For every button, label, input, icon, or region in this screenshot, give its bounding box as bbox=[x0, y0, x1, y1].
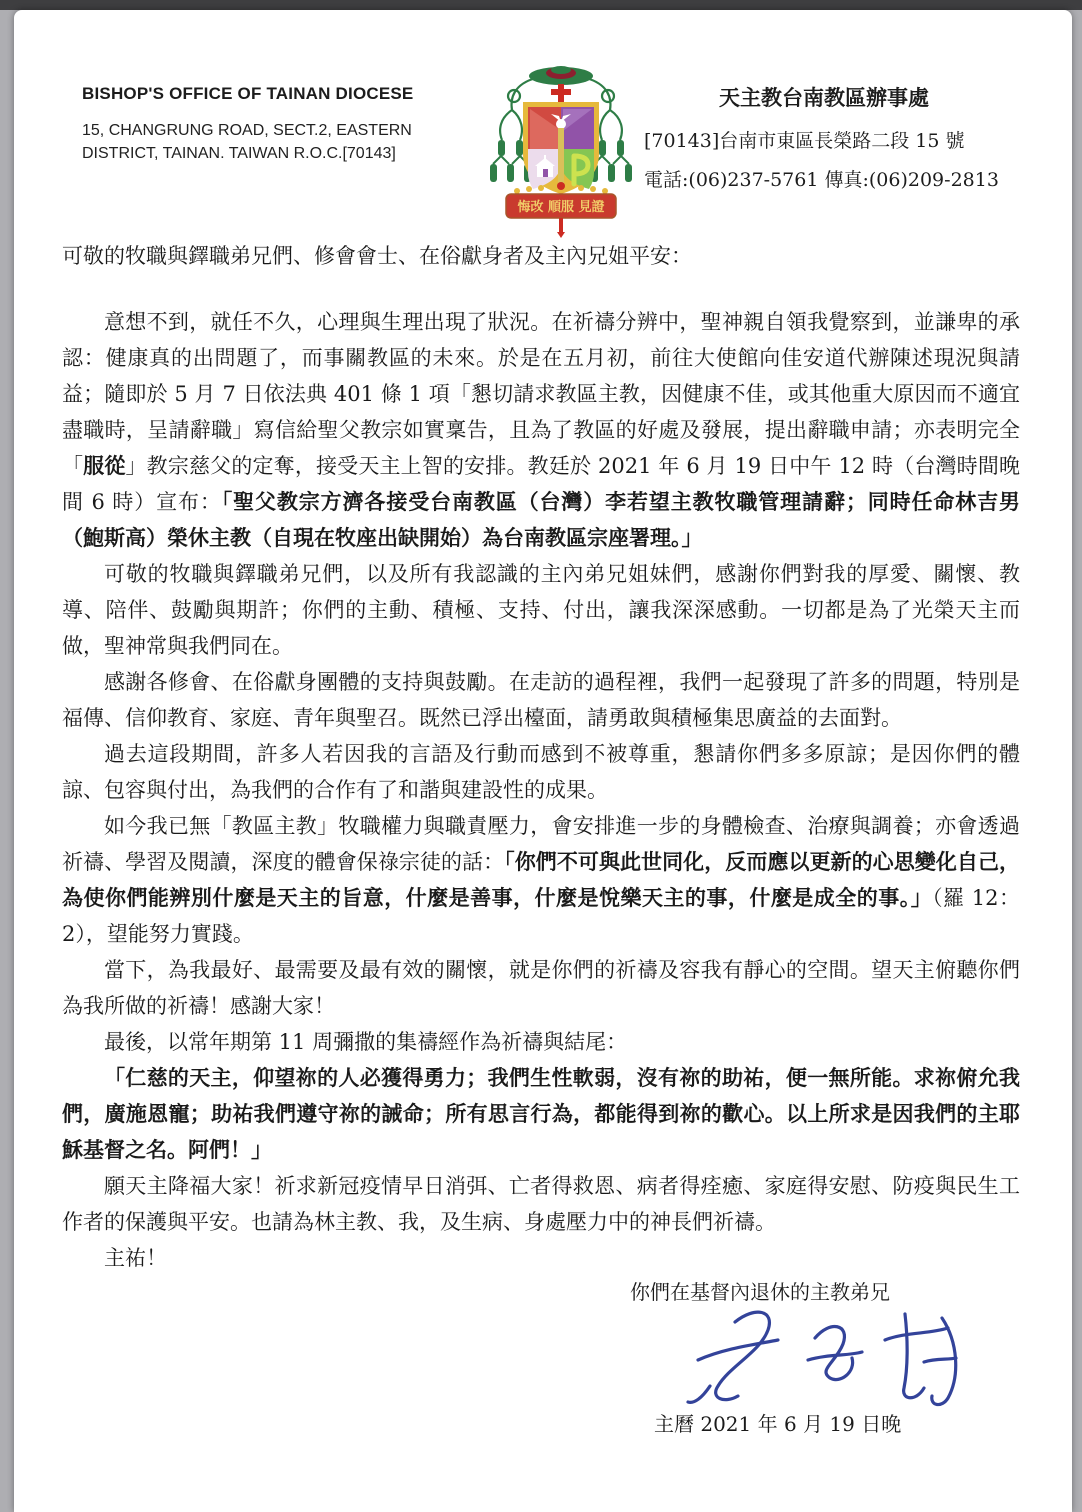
motto-text: 悔改 順服 見證 bbox=[516, 199, 604, 215]
date-line: 主曆 2021 年 6 月 19 日晚 bbox=[654, 1408, 901, 1437]
paragraph: 如今我已無「教區主教」牧職權力與職責壓力，會安排進一步的身體檢查、治療與調養；亦… bbox=[62, 808, 1020, 952]
paragraph: 願天主降福大家！祈求新冠疫情早日消弭、亡者得救恩、病者得痊癒、家庭得安慰、防疫與… bbox=[62, 1168, 1020, 1240]
paragraph: 意想不到，就任不久，心理與生理出現了狀況。在祈禱分辨中，聖神親自領我覺察到，並謙… bbox=[62, 304, 1020, 556]
paragraph: 主祐！ bbox=[62, 1240, 1020, 1276]
scanned-letter-page: { "header": { "office_en": { "title": "B… bbox=[0, 0, 1082, 1512]
galero-hat-icon bbox=[529, 66, 593, 85]
office-phone-fax: 電話:(06)237-5761 傳真:(06)209-2813 bbox=[644, 165, 1004, 192]
paragraph: 可敬的牧職與鐸職弟兄們，以及所有我認識的主內弟兄姐妹們，感謝你們對我的厚愛、關懷… bbox=[62, 556, 1020, 664]
office-address-zh: [70143]台南市東區長榮路二段 15 號 bbox=[644, 126, 1004, 153]
cross-icon bbox=[551, 84, 571, 102]
address-line-1: 15, CHANGRUNG ROAD, SECT.2, EASTERN bbox=[82, 119, 462, 142]
office-address-en: 15, CHANGRUNG ROAD, SECT.2, EASTERN DIST… bbox=[82, 119, 462, 165]
paragraph: 過去這段期間，許多人若因我的言語及行動而感到不被尊重，懇請你們多多原諒；是因你們… bbox=[62, 736, 1020, 808]
bishop-coat-of-arms-icon: 悔改 順服 見證 bbox=[470, 60, 652, 238]
scan-edge-strip bbox=[0, 0, 1082, 10]
paragraph: 當下，為我最好、最需要及最有效的關懷，就是你們的祈禱及容我有靜心的空間。望天主俯… bbox=[62, 952, 1020, 1024]
paragraph: 「仁慈的天主，仰望祢的人必獲得勇力；我們生性軟弱，沒有祢的助祐，便一無所能。求祢… bbox=[62, 1060, 1020, 1168]
paragraph: 感謝各修會、在俗獻身團體的支持與鼓勵。在走訪的過程裡，我們一起發現了許多的問題，… bbox=[62, 664, 1020, 736]
office-title-en: BISHOP'S OFFICE OF TAINAN DIOCESE bbox=[82, 84, 462, 104]
letterhead-chinese: 天主教台南教區辦事處 [70143]台南市東區長榮路二段 15 號 電話:(06… bbox=[644, 82, 1004, 192]
letter-paragraphs: 意想不到，就任不久，心理與生理出現了狀況。在祈禱分辨中，聖神親自領我覺察到，並謙… bbox=[62, 304, 1020, 1276]
letterhead-english: BISHOP'S OFFICE OF TAINAN DIOCESE 15, CH… bbox=[82, 84, 462, 165]
paragraph: 最後，以常年期第 11 周彌撒的集禱經作為祈禱與結尾： bbox=[62, 1024, 1020, 1060]
salutation: 可敬的牧職與鐸職弟兄們、修會會士、在俗獻身者及主內兄姐平安： bbox=[62, 238, 1020, 274]
address-line-2: DISTRICT, TAINAN. TAIWAN R.O.C.[70143] bbox=[82, 142, 462, 165]
crest-shield bbox=[523, 102, 599, 194]
letter-body: 可敬的牧職與鐸職弟兄們、修會會士、在俗獻身者及主內兄姐平安： 意想不到，就任不久… bbox=[62, 238, 1020, 1276]
crozier-staff bbox=[558, 128, 564, 186]
motto-banner: 悔改 順服 見證 bbox=[506, 194, 616, 238]
handwritten-signature bbox=[680, 1300, 1010, 1412]
office-title-zh: 天主教台南教區辦事處 bbox=[644, 82, 1004, 112]
letter-page: BISHOP'S OFFICE OF TAINAN DIOCESE 15, CH… bbox=[14, 10, 1072, 1512]
